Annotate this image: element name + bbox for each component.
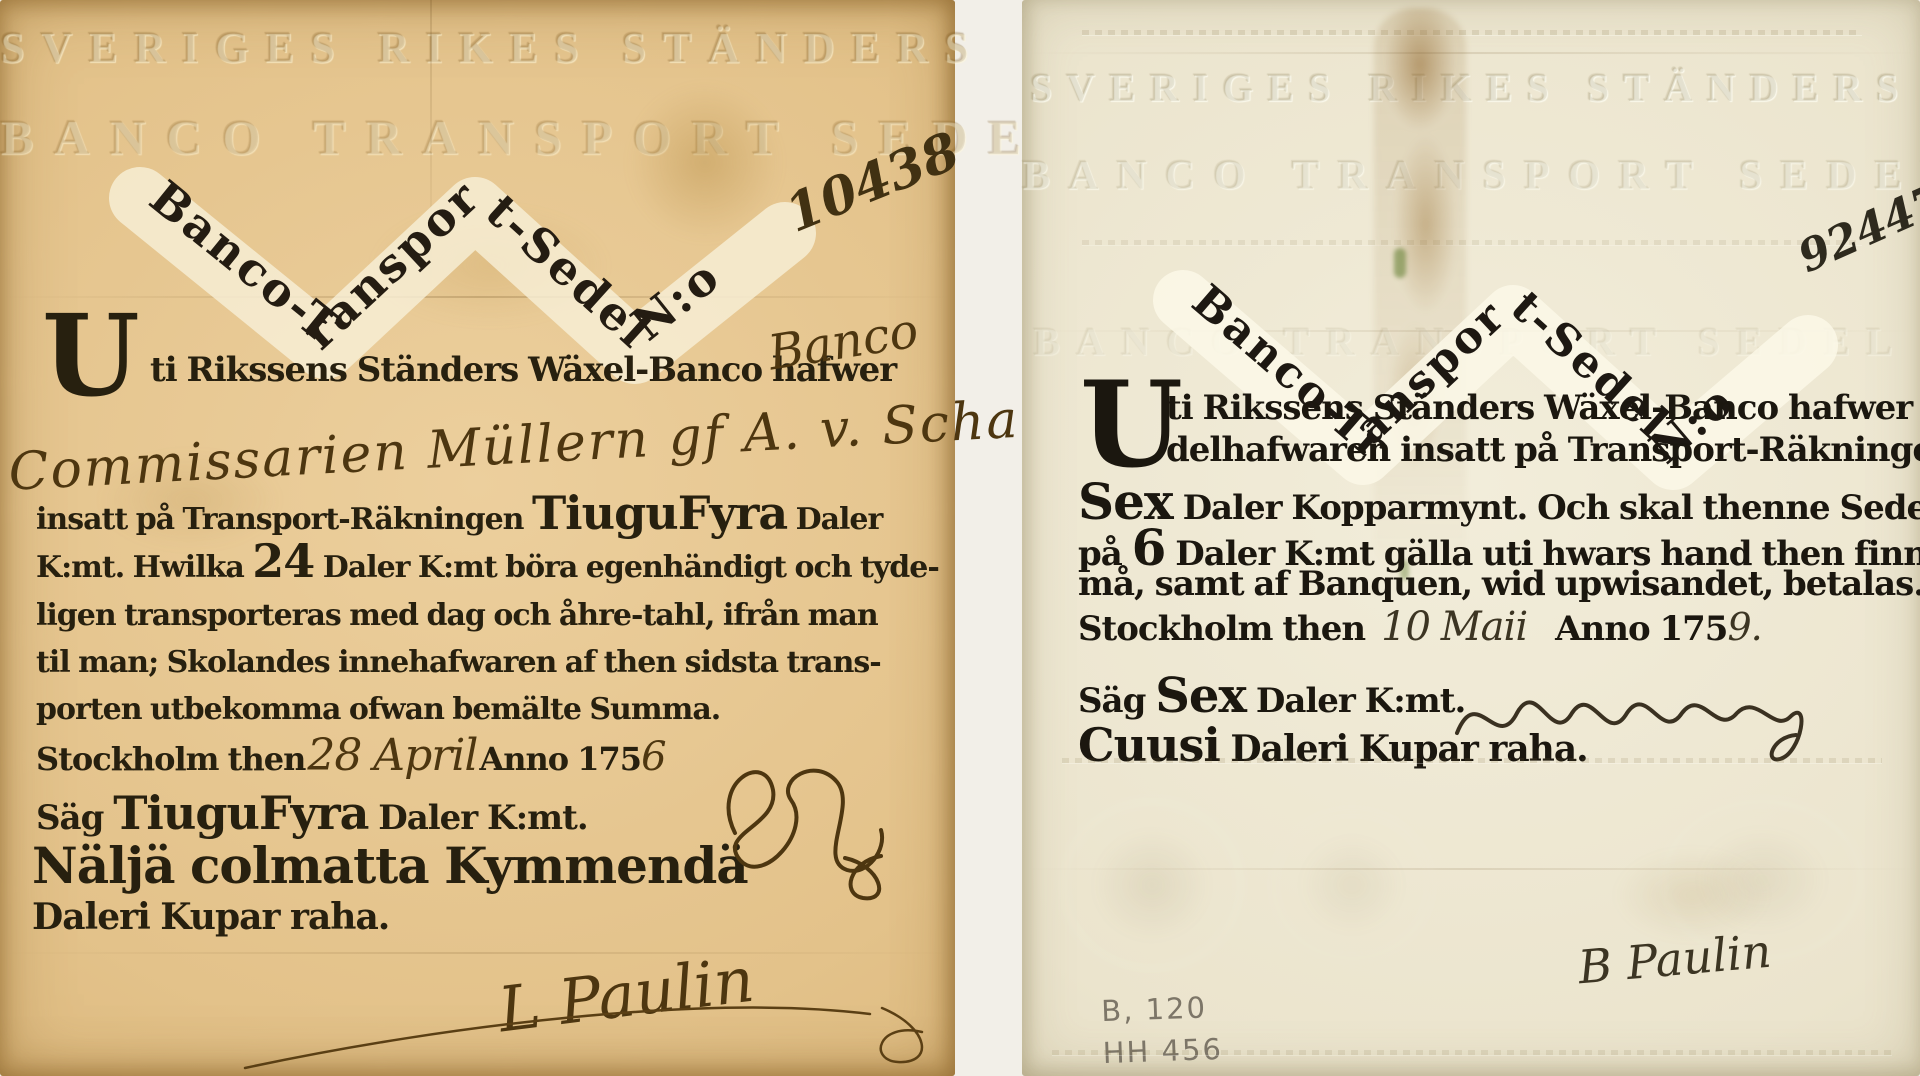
body-paragraph-line: til man; Skolandes innehafwaren af then …: [36, 645, 881, 680]
amount-words-large: TiuguFyra: [532, 486, 787, 540]
finnish-amount-line: Näljä colmatta Kymmendä: [32, 836, 748, 895]
sag-amount-line: Säg TiuguFyra Daler K:mt.: [36, 786, 588, 840]
amount-words-large: Sex: [1155, 668, 1246, 724]
embossed-dashed-rule: [1082, 30, 1862, 35]
date-prefix: Stockholm then: [36, 740, 305, 778]
banknote-right: SVERIGES RIKES STÄNDERS BANCO TRANSPORT …: [1022, 0, 1920, 1076]
amount-numeral-large: 24: [252, 534, 314, 588]
body-paragraph-line: porten utbekomma ofwan bemälte Summa.: [36, 692, 720, 727]
amount-words-large: Cuusi: [1078, 718, 1220, 772]
handwritten-date: 10 Maii: [1367, 604, 1527, 650]
text-segment: Daler K:mt.: [1246, 681, 1465, 721]
embossed-ornament: [1272, 810, 1432, 960]
signature-monogram: [695, 738, 935, 908]
text-segment: Säg: [36, 798, 113, 838]
handwritten-date: 28 April: [307, 730, 477, 781]
paper-crease: [1022, 52, 1920, 54]
pencil-note: B, 120 HH 456: [1101, 986, 1224, 1074]
embossed-dashed-rule: [1062, 758, 1882, 763]
embossed-ornament: [1062, 800, 1242, 970]
anno-label: Anno 175: [479, 740, 641, 778]
text-segment: Säg: [1078, 681, 1155, 721]
scan-page: { "page": { "background": "#f2efe8" }, "…: [0, 0, 1920, 1076]
body-paragraph-line: ligen transporteras med dag och åhre-tah…: [36, 598, 878, 633]
text-segment: Daler: [787, 502, 882, 537]
anno-label: Anno 175: [1529, 609, 1727, 649]
embossed-dashed-rule: [1052, 1050, 1892, 1055]
pencil-note-line1: B, 120: [1101, 986, 1223, 1032]
embossed-title-line1: SVERIGES RIKES STÄNDERS: [1022, 64, 1920, 111]
drop-cap: U: [42, 312, 140, 402]
signature-flourish: [230, 1002, 950, 1076]
banner-left: Banco-Transport-Sedel N:o: [120, 108, 820, 388]
body-paragraph-line: insatt på Transport-Räkningen TiuguFyra …: [36, 502, 882, 537]
finnish-amount-line: Daleri Kupar raha.: [32, 896, 389, 938]
body-paragraph-line: må, samt af Banquen, wid upwisandet, bet…: [1078, 564, 1920, 604]
handwritten-year-digit: 9.: [1727, 605, 1761, 649]
body-line-2: delhafwaren insatt på Transport-Räkninge…: [1166, 430, 1920, 470]
body-paragraph-line: K:mt. Hwilka 24 Daler K:mt böra egenhänd…: [36, 550, 939, 585]
text-segment: K:mt. Hwilka: [36, 550, 252, 585]
paper-crease: [0, 952, 955, 954]
banknote-left: SVERIGES RIKES STÄNDERS BANCO TRANSPORT …: [0, 0, 955, 1076]
text-segment: Daler K:mt.: [368, 798, 587, 838]
embossed-title-line2: BANCO TRANSPORT SEDEL: [1022, 152, 1920, 200]
embossed-title-line1: SVERIGES RIKES STÄNDERS: [0, 22, 955, 73]
amount-words-large: TiuguFyra: [113, 786, 368, 840]
text-segment: insatt på Transport-Räkningen: [36, 502, 532, 537]
date-line: Stockholm then 28 April Anno 1756: [36, 730, 666, 781]
sag-amount-line: Säg Sex Daler K:mt.: [1078, 668, 1465, 724]
date-prefix: Stockholm then: [1078, 609, 1365, 649]
text-segment: Daler K:mt böra egenhändigt och tyde-: [314, 550, 939, 585]
body-line-1: ti Rikssens Ständers Wäxel-Banco hafwer …: [1166, 388, 1920, 428]
handwritten-year-digit: 6: [641, 734, 665, 780]
signature-scrawl: [1442, 655, 1862, 775]
date-line: Stockholm then 10 Maii Anno 1759.: [1078, 604, 1762, 650]
